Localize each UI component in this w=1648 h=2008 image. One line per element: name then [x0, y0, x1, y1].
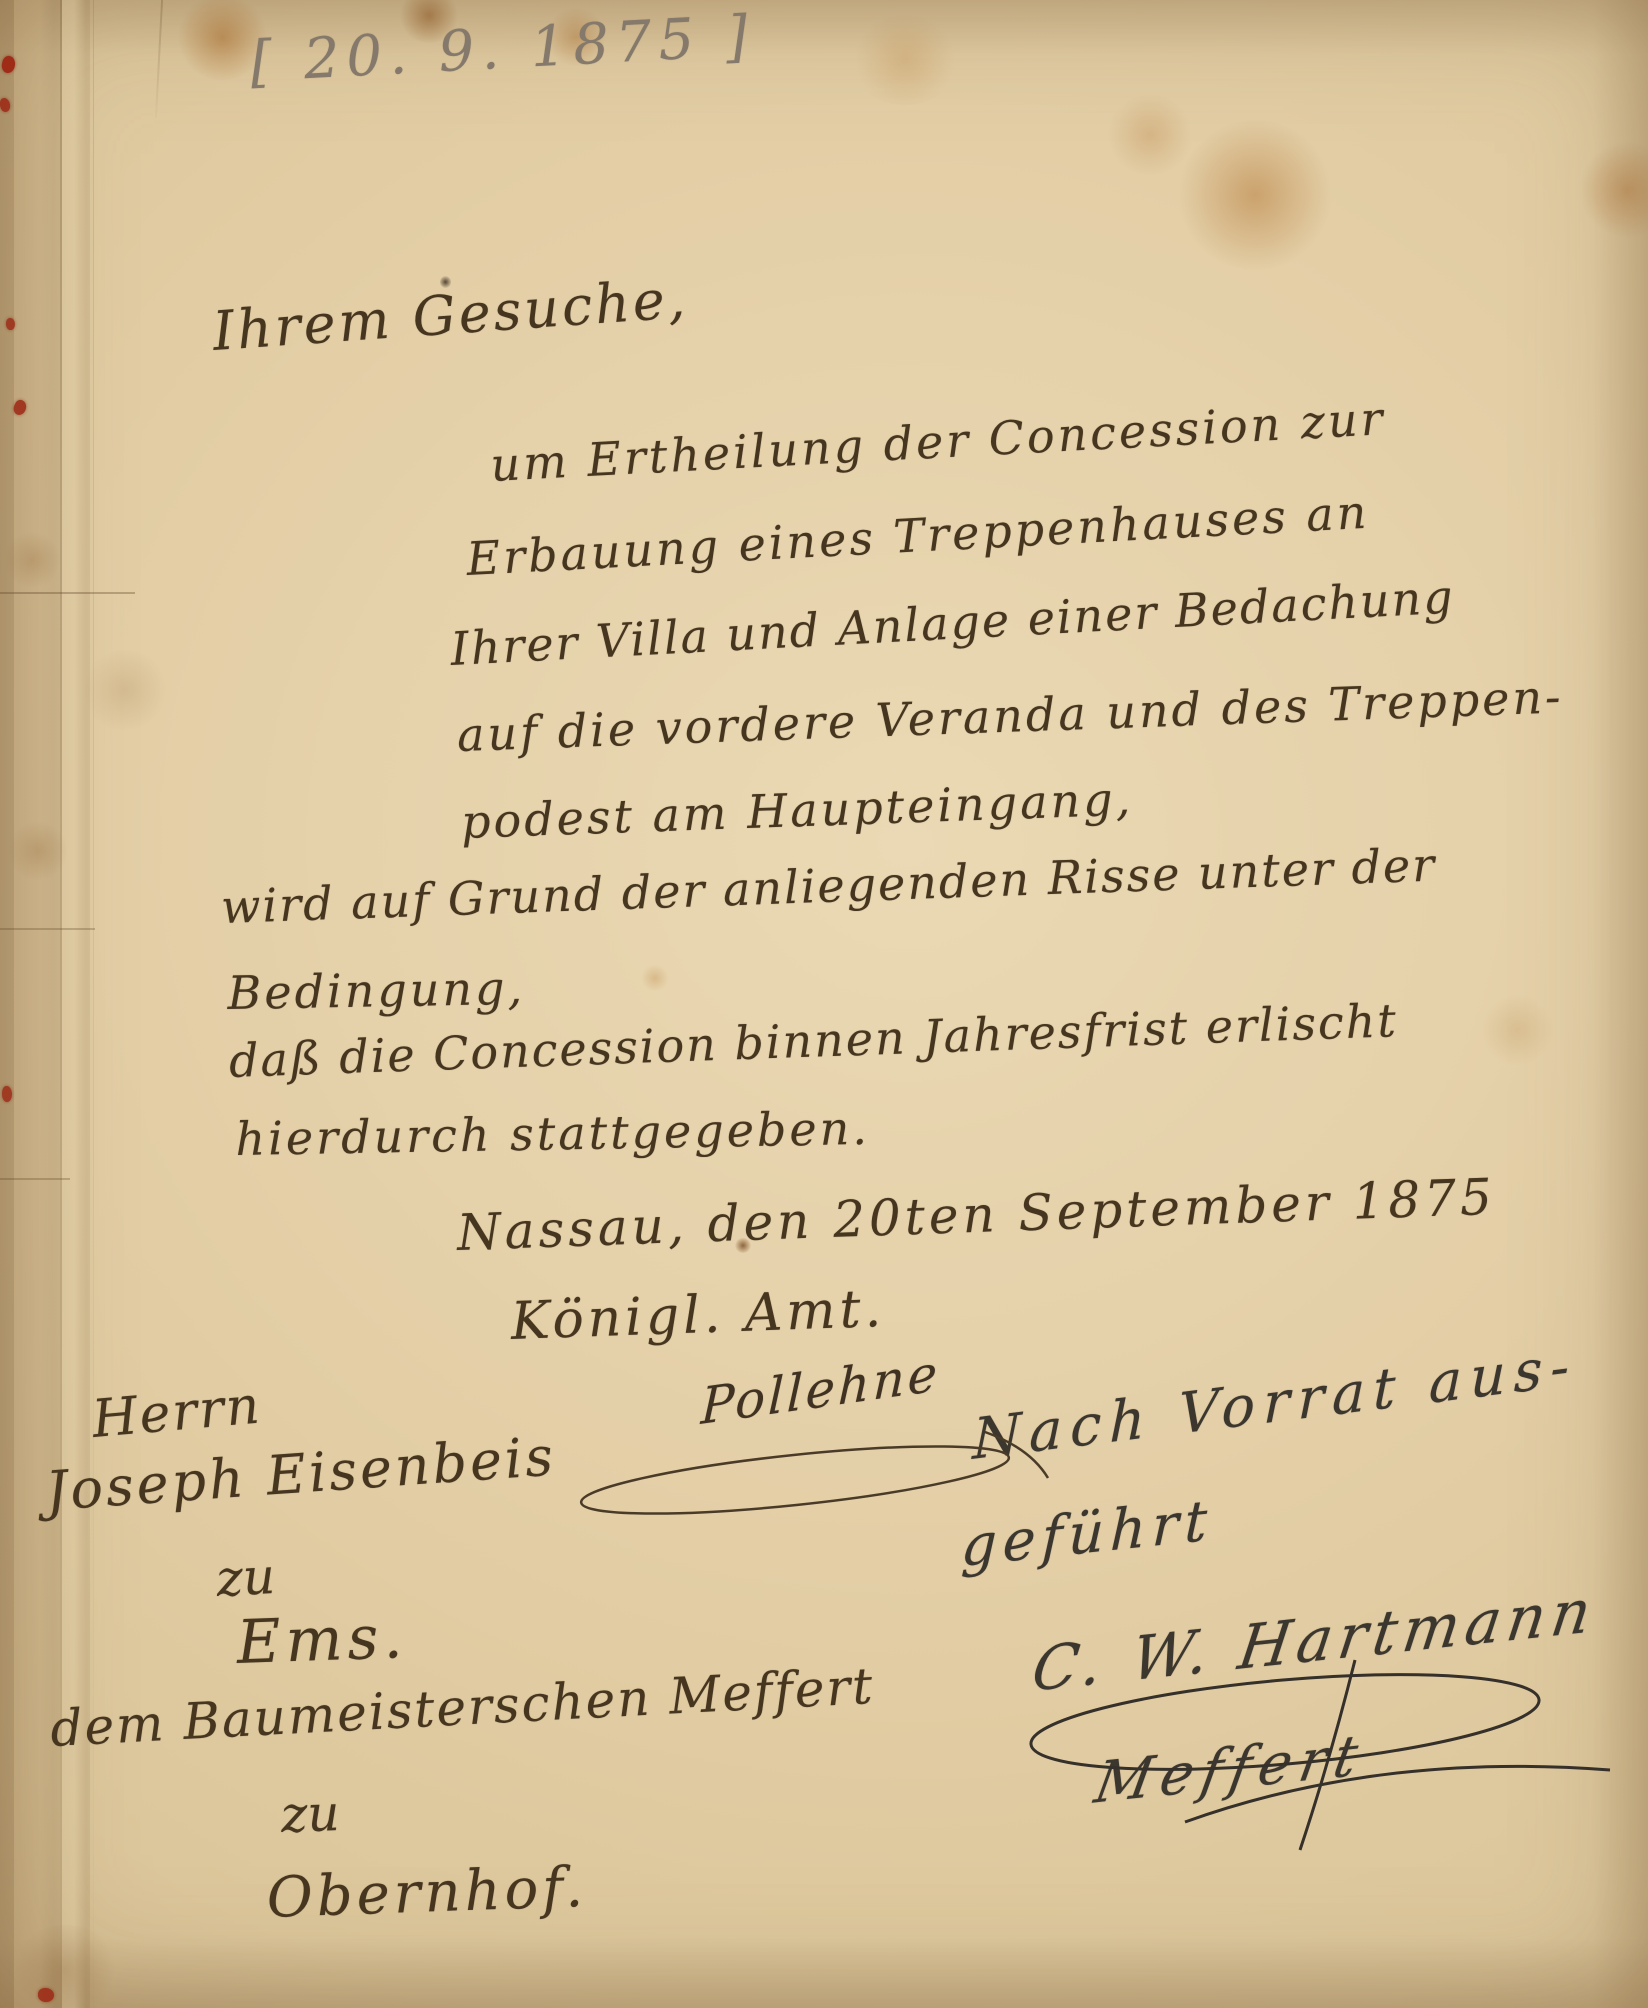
- office-line: Königl. Amt.: [510, 1279, 886, 1352]
- fox-stain: [1175, 120, 1335, 270]
- execution-note-line: geführt: [960, 1488, 1214, 1580]
- wax-mark: [12, 398, 28, 416]
- fox-stain: [10, 1925, 120, 2008]
- pencil-date-annotation: [ 20. 9. 1875 ]: [249, 4, 757, 95]
- fox-stain: [5, 530, 60, 590]
- wax-mark: [0, 55, 16, 74]
- official-signature: Pollehne: [700, 1344, 941, 1436]
- pollehne-underline-flourish: [579, 1433, 1012, 1528]
- salutation-line: Ihrem Gesuche,: [211, 267, 690, 363]
- recipient-line: zu: [215, 1547, 277, 1608]
- paper-crack: [155, 0, 163, 118]
- petition-line: um Ertheilung der Concession zur: [489, 391, 1387, 492]
- fox-stain: [1580, 140, 1648, 240]
- fox-stain: [80, 650, 170, 730]
- wax-mark: [2, 1086, 12, 1102]
- petition-line: Ihrer Villa und Anlage einer Bedachung: [449, 569, 1456, 676]
- fox-stain: [1480, 995, 1555, 1065]
- edge-tear: [0, 592, 135, 594]
- recipient-line: Ems.: [236, 1602, 409, 1678]
- signature-hartmann: C. W. Hartmann: [1028, 1575, 1601, 1706]
- recipient-line: dem Baumeisterschen Meffert: [49, 1657, 876, 1758]
- edge-tear: [0, 928, 95, 930]
- wax-mark: [0, 97, 11, 112]
- execution-note-line: Nach Vorrat aus-: [972, 1333, 1578, 1473]
- recipient-line: Herrn: [90, 1375, 264, 1450]
- decision-line: wird auf Grund der anliegenden Risse unt…: [220, 838, 1437, 934]
- petition-line: podest am Haupteingang,: [460, 772, 1134, 849]
- recipient-line: zu: [280, 1784, 341, 1844]
- fox-stain: [850, 15, 960, 105]
- fox-stain: [1105, 95, 1195, 175]
- petition-line: auf die vordere Veranda und des Treppen-: [456, 669, 1564, 762]
- decision-line: Bedingung,: [227, 961, 525, 1020]
- fox-stain: [8, 820, 68, 882]
- decision-line: hierdurch stattgegeben.: [235, 1101, 870, 1166]
- wax-mark: [6, 318, 15, 330]
- recipient-line: Obernhof.: [266, 1855, 588, 1931]
- petition-line: Erbauung eines Treppenhauses an: [465, 485, 1370, 586]
- signature-meffert: Meffert: [1090, 1722, 1371, 1817]
- fox-stain: [640, 965, 670, 991]
- edge-tear: [0, 1178, 70, 1180]
- place-date-line: Nassau, den 20ten September 1875: [456, 1168, 1497, 1262]
- wax-mark: [38, 1988, 54, 2002]
- document-page: [ 20. 9. 1875 ] Ihrem Gesuche, um Erthei…: [0, 0, 1648, 2008]
